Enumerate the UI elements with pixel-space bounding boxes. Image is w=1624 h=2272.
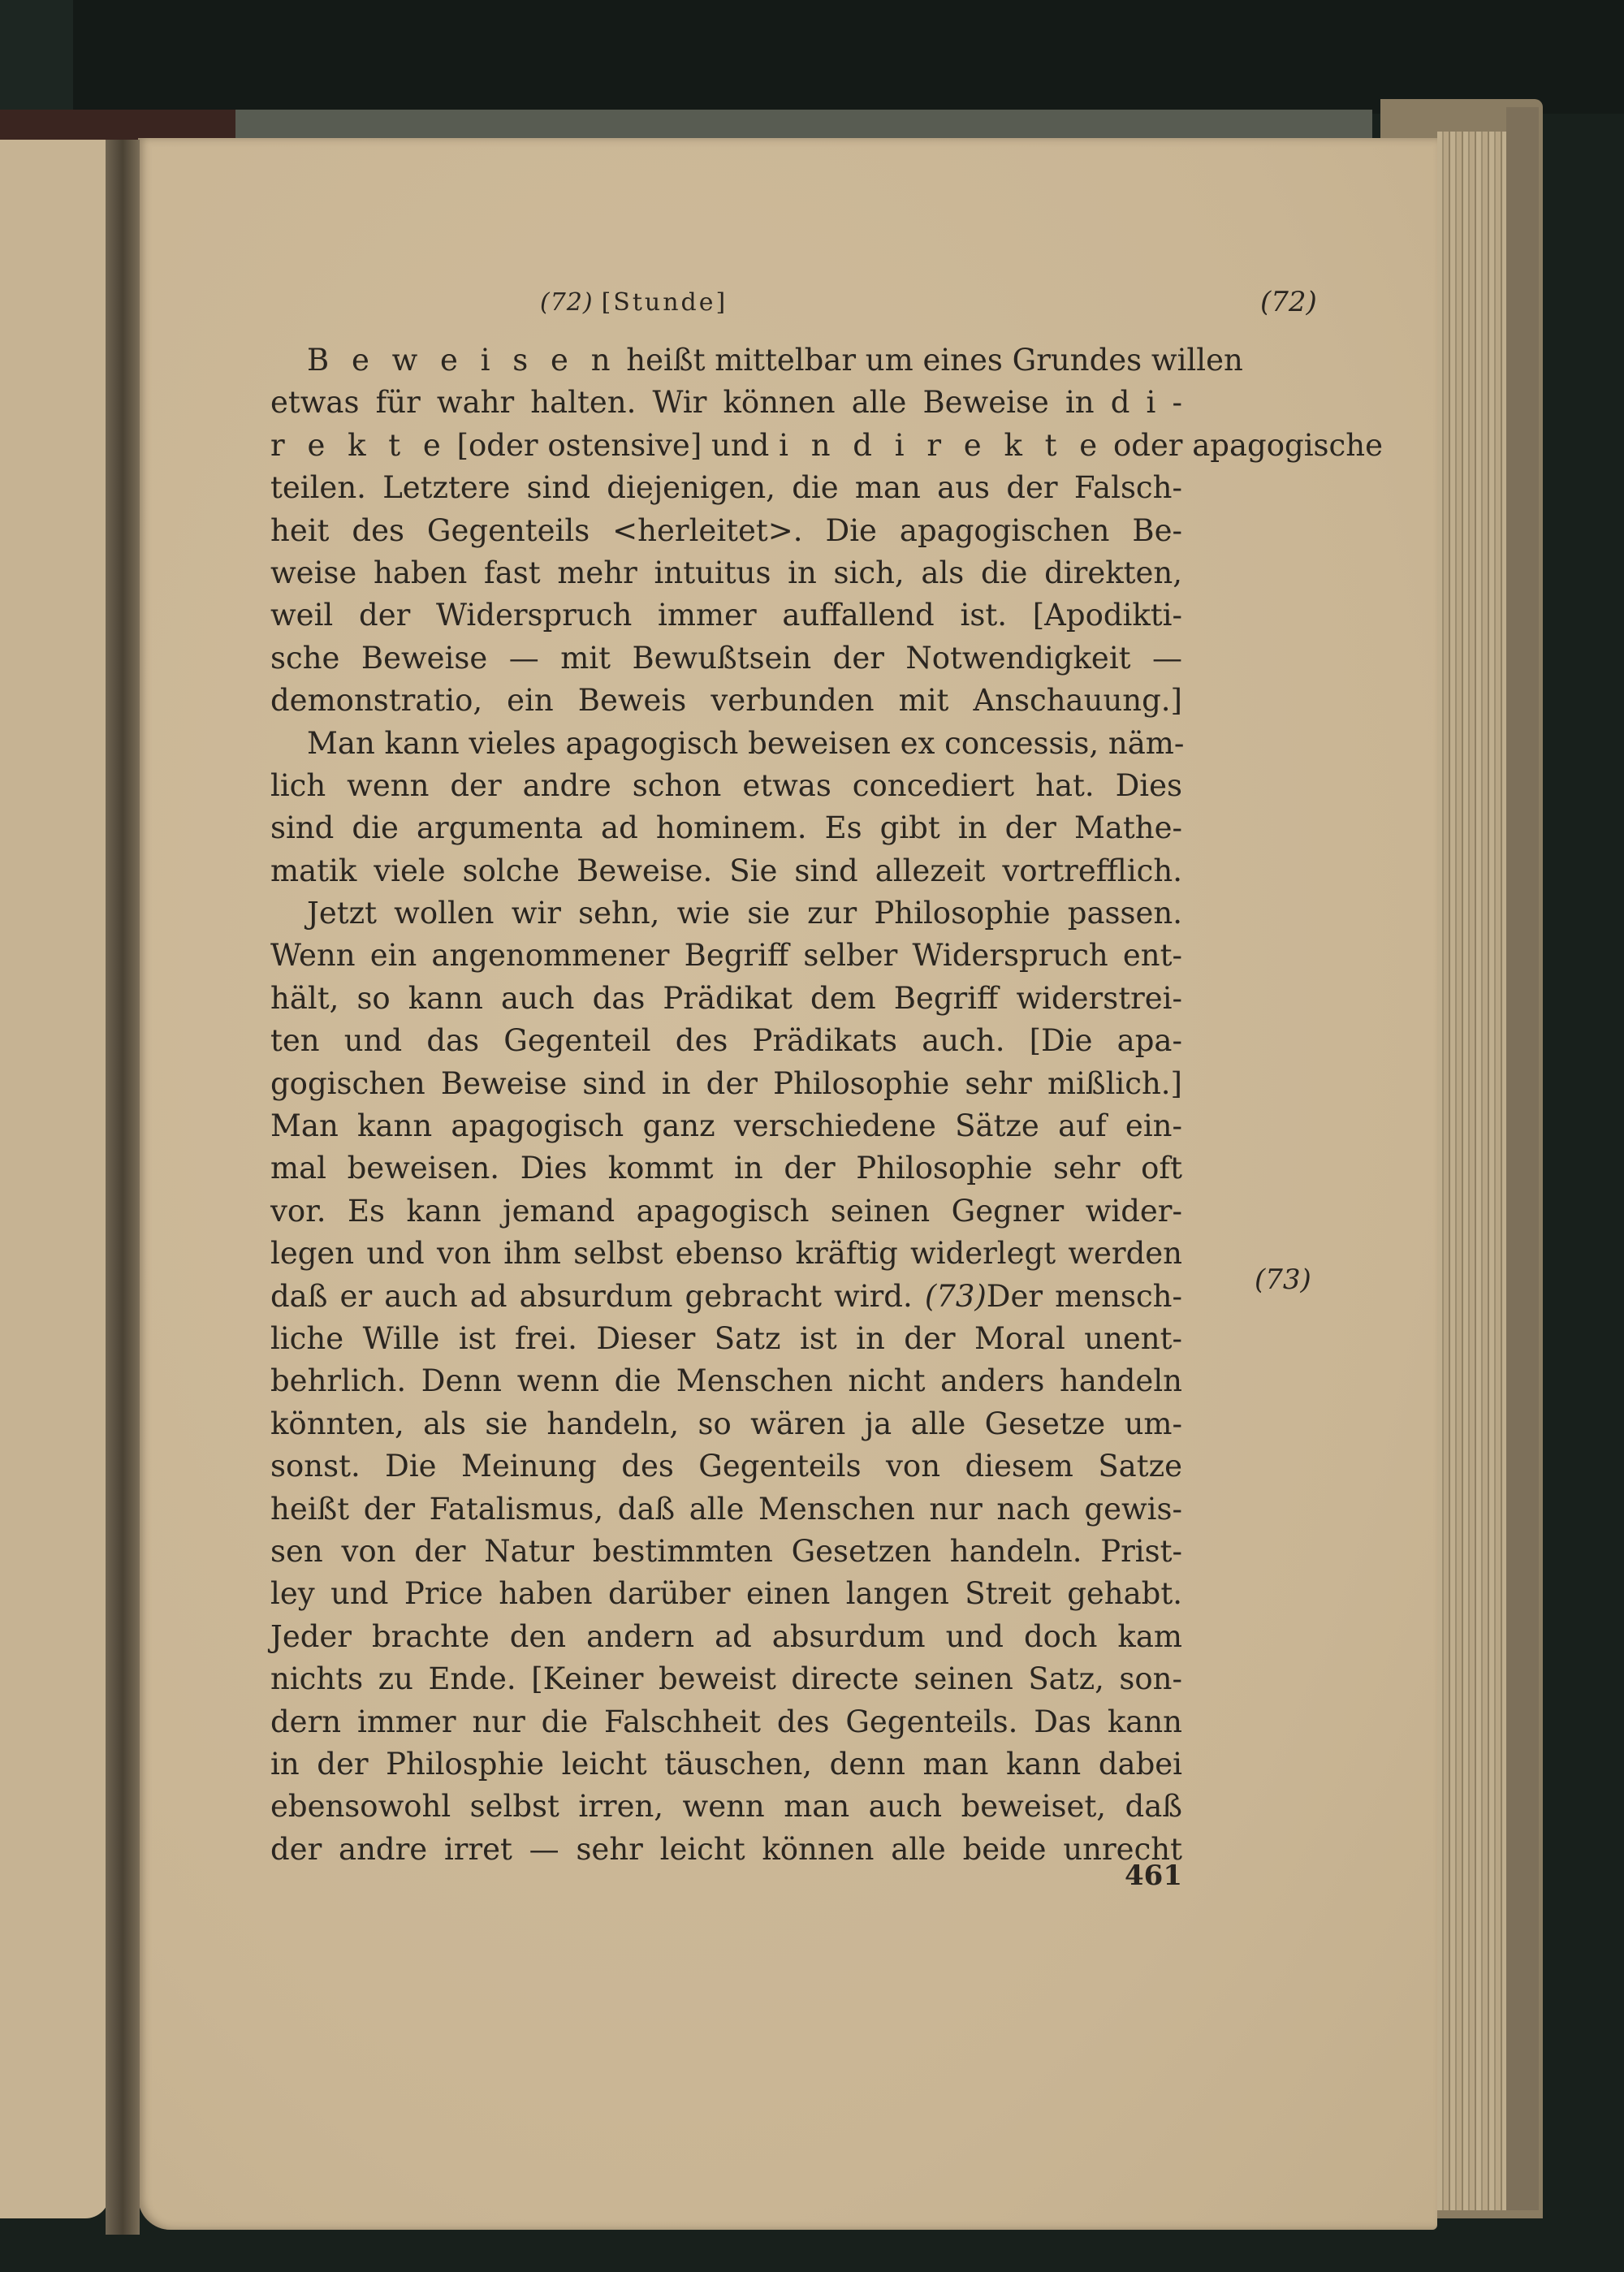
left-page-edge: [0, 140, 110, 2218]
text-line: heißt der Fatalismus, daß alle Menschen …: [270, 1488, 1182, 1531]
text-line: der andre irret — sehr leicht können all…: [270, 1829, 1182, 1871]
running-head: (72)[Stunde]: [0, 288, 1624, 329]
text-line: ebensowohl selbst irren, wenn man auch b…: [270, 1786, 1182, 1828]
text-line: sen von der Natur bestimmten Gesetzen ha…: [270, 1531, 1182, 1573]
emphasized-word: d i -: [1111, 385, 1182, 420]
text-line: legen und von ihm selbst ebenso kräftig …: [270, 1233, 1182, 1275]
text-line: Wenn ein angenommener Begriff selber Wid…: [270, 935, 1182, 977]
inline-section-number: (73): [925, 1279, 987, 1314]
line-text: daß er auch ad absurdum gebracht wird.: [270, 1279, 913, 1314]
text-line: heit des Gegenteils <herleitet>. Die apa…: [270, 510, 1182, 552]
text-line: liche Wille ist frei. Dieser Satz ist in…: [270, 1318, 1182, 1360]
background-cloth: [0, 0, 1624, 114]
text-line: sind die argumenta ad hominem. Es gibt i…: [270, 807, 1182, 849]
line-text: heißt mittelbar um eines Grundes willen: [626, 343, 1243, 378]
emphasized-word: B e w e i s e n: [307, 343, 617, 378]
text-line: weise haben fast mehr intuitus in sich, …: [270, 552, 1182, 594]
text-line: teilen. Letztere sind diejenigen, die ma…: [270, 467, 1182, 509]
running-head-number: (72): [540, 288, 594, 317]
text-line: r e k t e [oder ostensive] und i n d i r…: [270, 425, 1182, 467]
text-line: ley und Price haben darüber einen langen…: [270, 1573, 1182, 1615]
text-line: Man kann apagogisch ganz verschiedene Sä…: [270, 1105, 1182, 1147]
text-line: hält, so kann auch das Prädikat dem Begr…: [270, 978, 1182, 1020]
text-line: dern immer nur die Falschheit des Gegent…: [270, 1701, 1182, 1743]
text-line: sonst. Die Meinung des Gegenteils von di…: [270, 1445, 1182, 1488]
text-line: Jeder brachte den andern ad absurdum und…: [270, 1616, 1182, 1658]
emphasized-word: r e k t e: [270, 428, 447, 463]
text-line: mal beweisen. Dies kommt in der Philosop…: [270, 1147, 1182, 1190]
text-line: Man kann vieles apagogisch beweisen ex c…: [270, 723, 1182, 765]
text-line: demonstratio, ein Beweis verbunden mit A…: [270, 680, 1182, 722]
text-line: Jetzt wollen wir sehn, wie sie zur Philo…: [270, 892, 1182, 935]
running-head-center: (72)[Stunde]: [540, 288, 728, 317]
text-line: behrlich. Denn wenn die Menschen nicht a…: [270, 1360, 1182, 1402]
text-line: matik viele solche Beweise. Sie sind all…: [270, 850, 1182, 892]
text-line: weil der Widerspruch immer auffallend is…: [270, 594, 1182, 637]
top-edge-band: [235, 110, 1372, 142]
cover-corner: [0, 0, 73, 110]
running-head-title: [Stunde]: [602, 288, 728, 317]
text-line: lich wenn der andre schon etwas concedie…: [270, 765, 1182, 807]
page-number: 461: [1125, 1859, 1182, 1892]
text-line: ten und das Gegenteil des Prädikats auch…: [270, 1020, 1182, 1062]
margin-note-73: (73): [1255, 1263, 1311, 1296]
text-line: könnten, als sie handeln, so wären ja al…: [270, 1403, 1182, 1445]
text-line: daß er auch ad absurdum gebracht wird. (…: [270, 1276, 1182, 1318]
text-line: vor. Es kann jemand apagogisch seinen Ge…: [270, 1190, 1182, 1233]
line-text: [oder ostensive] und: [457, 428, 770, 463]
emphasized-word: i n d i r e k t e: [779, 428, 1104, 463]
text-line: etwas für wahr halten. Wir können alle B…: [270, 382, 1182, 424]
text-line: B e w e i s e n heißt mittelbar um eines…: [270, 339, 1182, 382]
text-line: in der Philosphie leicht täuschen, denn …: [270, 1743, 1182, 1786]
text-line: sche Beweise — mit Bewußtsein der Notwen…: [270, 637, 1182, 680]
margin-note-72: (72): [1260, 286, 1317, 318]
line-text: etwas für wahr halten. Wir können alle B…: [270, 385, 1095, 420]
spine-band: [0, 110, 235, 142]
text-line: nichts zu Ende. [Keiner beweist directe …: [270, 1658, 1182, 1700]
book-gutter: [106, 140, 140, 2235]
line-text: oder apagogische: [1113, 428, 1383, 463]
text-line: gogischen Beweise sind in der Philosophi…: [270, 1063, 1182, 1105]
line-text: Der mensch-: [987, 1279, 1182, 1314]
body-text: B e w e i s e n heißt mittelbar um eines…: [270, 339, 1182, 1871]
